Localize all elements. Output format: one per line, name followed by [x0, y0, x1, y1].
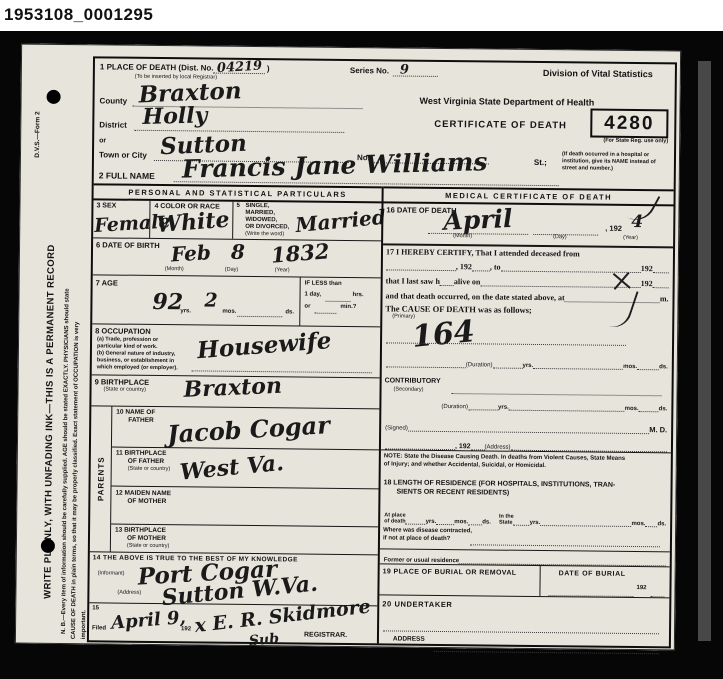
certificate-number-box: 4280 [590, 109, 668, 139]
sex-cell: 3 SEX Female [93, 200, 150, 238]
dotted-line [637, 360, 659, 370]
meridiem-label: m. [660, 294, 669, 303]
dotted-line [428, 224, 528, 235]
cause-duration-line: (Duration) yrs. mos. ds. [386, 357, 668, 370]
duration-mos: mos. [623, 364, 637, 370]
if-less-box: IF LESS than 1 day, hrs. or min.? [299, 277, 380, 326]
min-label: min.? [340, 304, 356, 310]
residence-line2: SIENTS OR RECENT RESIDENTS) [396, 489, 509, 497]
residence-block: 18 LENGTH OF RESIDENCE (FOR HOSPITALS, I… [380, 474, 670, 507]
birthplace-hint: (State or country) [104, 386, 147, 392]
department-title: West Virginia State Department of Health [420, 96, 595, 108]
father-bp-label-1: 11 BIRTHPLACE [116, 450, 167, 458]
personal-column: PERSONAL AND STATISTICAL PARTICULARS 3 S… [89, 183, 382, 643]
hospital-note: (If death occurred in a hospital or inst… [562, 151, 667, 173]
parents-strip: PARENTS [90, 406, 113, 551]
dotted-line [653, 278, 669, 288]
sub-note: Sub [248, 632, 279, 649]
dob-day-value: 8 [231, 242, 245, 262]
burial-row: 19 PLACE OF BURIAL OR REMOVAL DATE OF BU… [379, 564, 669, 598]
st-label: St.; [534, 158, 547, 167]
last-saw-192: 192 [641, 279, 653, 288]
series-no-label: Series No. [350, 66, 389, 75]
contracted-line1: Where was disease contracted, [383, 527, 472, 534]
if-less-line2: 1 day, [305, 292, 322, 298]
or-label: or [99, 137, 106, 144]
dotted-line [472, 261, 490, 271]
dob-day-caption: (Day) [225, 267, 239, 273]
dob-month-value: Feb [170, 242, 211, 264]
county-label: County [100, 96, 128, 105]
certificate-number: 4280 [604, 112, 655, 135]
undertaker-address-label: ADDRESS [393, 635, 425, 642]
date-of-birth-row: 6 DATE OF BIRTH Feb 8 1832 (Month) (Day)… [93, 238, 381, 278]
occupation-note-a2: particular kind of work. [97, 343, 158, 350]
parents-label: PARENTS [96, 457, 105, 502]
father-bp-hint: (State or country) [128, 466, 171, 472]
marital-cell: 5 SINGLE, MARRIED, WIDOWED, OR DIVORCED,… [233, 202, 381, 241]
dod-year-prefix: , 192 [605, 224, 622, 233]
dob-label: 6 DATE OF BIRTH [96, 240, 160, 250]
duration-yrs-2: yrs. [498, 405, 509, 411]
contributory-label: CONTRIBUTORY [385, 377, 441, 385]
town-or-city-label: Town or City [99, 150, 147, 160]
if-less-line1: IF LESS than [305, 281, 342, 287]
certify-192a: , 192 [456, 262, 472, 271]
occupation-note-b: (b) General nature of industry, [97, 350, 175, 357]
dotted-line [386, 260, 456, 271]
dotted-line [314, 304, 336, 314]
filed-row: 15 Filed April 9, 192 x E. R. Skidmore S… [89, 603, 377, 643]
father-name-row: 10 NAME OF FATHER Jacob Cogar [112, 407, 379, 451]
dotted-line [492, 359, 522, 369]
marital-hint: (Write the word) [245, 231, 284, 237]
punch-hole-bottom [41, 539, 55, 553]
mother-birthplace-row: 13 BIRTHPLACE OF MOTHER (State or countr… [111, 525, 378, 555]
occupation-row: 8 OCCUPATION (a) Trade, profession or pa… [92, 324, 381, 378]
nb-note-line1: N. B.—Every item of information should b… [61, 104, 73, 634]
duration-hint-2: (Duration) [441, 404, 468, 410]
image-id-label: 1953108_0001295 [4, 5, 153, 25]
dotted-line [639, 402, 659, 412]
certificate-of-death-label: CERTIFICATE OF DEATH [434, 119, 567, 131]
occupation-label: 8 OCCUPATION [95, 326, 151, 336]
note-line1: NOTE: State the Disease Causing Death. I… [384, 453, 625, 462]
residence-line1: 18 LENGTH OF RESIDENCE (FOR HOSPITALS, I… [384, 479, 616, 488]
hrs-label: hrs. [353, 292, 364, 298]
dotted-line [383, 621, 659, 634]
dotted-line [468, 400, 498, 410]
mother-bp-label-2: OF MOTHER [127, 535, 166, 542]
certify-to: , to [490, 262, 501, 271]
dotted-line [514, 516, 530, 526]
form-number-label: D.V.S.—Form 2 [34, 58, 42, 158]
note-block: NOTE: State the Disease Causing Death. I… [381, 449, 671, 477]
state-reg-note: (For State Reg. use only) [603, 138, 668, 145]
nb-note-line2: CAUSE OF DEATH in plain terms, so that i… [71, 139, 82, 639]
permanent-record-note: WRITE PLAINLY, WITH UNFADING INK—THIS IS… [42, 99, 58, 599]
father-birthplace-row: 11 BIRTHPLACE OF FATHER (State or countr… [112, 448, 379, 490]
marital-line4: OR DIVORCED, [245, 224, 289, 230]
death-occurred-label: and that death occurred, on the date sta… [385, 291, 564, 302]
contributory-duration-line: (Duration) yrs. mos. ds. [441, 400, 667, 412]
duration-mos-2: mos. [625, 406, 639, 412]
burial-place-label: 19 PLACE OF BURIAL OR REMOVAL [383, 568, 517, 576]
dotted-line [470, 535, 660, 547]
age-years-value: 92 [152, 291, 183, 313]
dotted-line [548, 586, 633, 597]
age-label: 7 AGE [96, 278, 118, 287]
burial-place-cell: 19 PLACE OF BURIAL OR REMOVAL [379, 564, 540, 596]
duration-ds: ds. [659, 364, 668, 370]
dotted-line [237, 307, 282, 317]
cause-area: 164 (Duration) yrs. mos. ds. [382, 315, 673, 378]
occupation-note-b3: which employed (or employer). [97, 364, 178, 371]
undertaker-label: 20 UNDERTAKER [382, 599, 452, 609]
scan-edge-artifact [698, 61, 711, 641]
age-row: 7 AGE 92 yrs. 2 mos. ds. IF LESS than 1 … [92, 275, 380, 327]
parents-rows: 10 NAME OF FATHER Jacob Cogar 11 BIRTHPL… [111, 407, 380, 555]
dotted-line [645, 517, 657, 527]
informant-row: 14 THE ABOVE IS TRUE TO THE BEST OF MY K… [89, 552, 378, 606]
dotted-line [213, 64, 265, 75]
sex-label: 3 SEX [96, 202, 116, 209]
dotted-line [468, 515, 482, 525]
mother-label-2: OF MOTHER [127, 498, 166, 505]
certificate-form: 1 PLACE OF DEATH (Dist. No. 04219 ) (To … [87, 56, 677, 648]
close-paren: ) [267, 64, 270, 73]
dod-year-caption: (Year) [623, 235, 638, 241]
age-yrs-label: yrs. [180, 308, 191, 314]
dotted-line [385, 439, 455, 450]
in-state-label: In the State [499, 513, 514, 525]
dotted-line [440, 276, 454, 286]
dob-year-value: 1832 [270, 240, 330, 265]
contracted-line2: if not at place of death? [383, 535, 450, 542]
dotted-line [436, 515, 454, 525]
contributory-row: CONTRIBUTORY (Secondary) (Duration) yrs.… [381, 375, 671, 414]
occupation-value: Housewife [196, 329, 332, 362]
marital-line3: WIDOWED, [245, 217, 277, 223]
sex-color-marital-row: 3 SEX Female 4 COLOR OR RACE White 5 SIN… [93, 200, 381, 241]
dotted-line [565, 292, 660, 303]
dotted-line [192, 361, 372, 373]
note-line2: of Injury; and whether Accidental, Suici… [384, 461, 546, 469]
dod-month-caption: (Month) [453, 233, 472, 239]
dob-year-caption: (Year) [275, 267, 290, 273]
marital-line2: MARRIED, [245, 210, 275, 216]
informant-hint: (Informant) [98, 570, 125, 576]
former-residence-label: Former or usual residence [384, 557, 459, 564]
certify-192b: 192 [641, 264, 653, 273]
marital-number: 5 [236, 203, 239, 209]
contracted-row: Where was disease contracted, if not at … [380, 524, 670, 552]
md-label: M. D. [649, 425, 667, 434]
dotted-line [393, 66, 438, 76]
marital-value: Married [295, 207, 387, 235]
age-months-value: 2 [204, 291, 217, 310]
certify-line1: 17 I HEREBY CERTIFY, That I attended dec… [386, 247, 580, 258]
last-saw-label: that I last saw h [386, 276, 440, 286]
age-mos-label: mos. [222, 309, 236, 315]
undertaker-block: 20 UNDERTAKER ADDRESS [379, 595, 669, 646]
date-of-death-row: 16 DATE OF DEATH April (Month) (Day) , 1… [383, 203, 673, 248]
mother-bp-label-1: 13 BIRTHPLACE [115, 527, 166, 535]
full-name-label: 2 FULL NAME [99, 170, 155, 181]
birthplace-row: 9 BIRTHPLACE (State or country) Braxton [91, 375, 379, 409]
dotted-line [434, 642, 659, 654]
parents-block: PARENTS 10 NAME OF FATHER Jacob Cogar 11… [90, 406, 380, 555]
certify-line2: , 192 , to 192 [386, 260, 669, 273]
place-of-death-label: 1 PLACE OF DEATH (Dist. No. [100, 62, 214, 72]
informant-address-hint: (Address) [117, 590, 141, 596]
secondary-hint: (Secondary) [394, 386, 424, 392]
alive-on-label: alive on [454, 277, 481, 286]
father-bp-label-2: OF FATHER [128, 458, 164, 465]
medical-column: MEDICAL CERTIFICATE OF DEATH 16 DATE OF … [377, 186, 674, 646]
district-label: District [99, 120, 127, 129]
father-name-value: Jacob Cogar [167, 413, 331, 447]
father-label-2: FATHER [128, 417, 154, 424]
dotted-line [406, 515, 426, 525]
filed-label: Filed [92, 625, 106, 631]
dotted-line [500, 262, 640, 273]
burial-date-cell: DATE OF BURIAL 192 [540, 566, 669, 597]
burial-date-label: DATE OF BURIAL [559, 570, 626, 578]
dotted-line [533, 359, 623, 370]
certify-block: 17 I HEREBY CERTIFY, That I attended dec… [382, 245, 673, 318]
duration-hint: (Duration) [466, 362, 493, 368]
filed-date-value: April 9, [111, 609, 187, 633]
mother-bp-hint: (State or country) [127, 543, 170, 549]
duration-yrs: yrs. [522, 363, 533, 369]
dotted-line [459, 554, 666, 566]
punch-hole-top [47, 90, 61, 104]
or-min-label: or [304, 304, 310, 310]
registrar-label: REGISTRAR. [304, 632, 347, 639]
screenshot: 1953108_0001295 D.V.S.—Form 2 WRITE PLAI… [0, 0, 723, 679]
dotted-line [650, 587, 664, 597]
mother-name-row: 12 MAIDEN NAME OF MOTHER [111, 487, 378, 528]
dotted-line [452, 384, 662, 396]
dod-day-caption: (Day) [553, 234, 567, 240]
form-header: 1 PLACE OF DEATH (Dist. No. 04219 ) (To … [94, 58, 675, 189]
certificate-paper: D.V.S.—Form 2 WRITE PLAINLY, WITH UNFADI… [15, 44, 681, 651]
color-cell: 4 COLOR OR RACE White [150, 201, 233, 239]
father-label-1: 10 NAME OF [116, 409, 155, 416]
at-place-label: At place of death [384, 512, 406, 524]
dotted-line [653, 263, 669, 273]
division-title: Division of Vital Statistics [543, 68, 653, 79]
occupation-note-a: (a) Trade, profession or [97, 336, 158, 343]
father-bp-value: West Va. [179, 452, 285, 484]
dotted-line [386, 357, 466, 368]
duration-ds-2: ds. [659, 406, 668, 412]
dotted-line [509, 401, 625, 412]
burial-year: 192 [636, 585, 646, 591]
dotted-line [325, 292, 350, 302]
filed-number: 15 [92, 605, 99, 611]
marital-line1: SINGLE, [245, 203, 269, 209]
dotted-line [471, 440, 485, 450]
age-ds-label: ds. [285, 309, 294, 315]
occupation-note-b2: business, or establishment in [97, 357, 174, 364]
scan-background: D.V.S.—Form 2 WRITE PLAINLY, WITH UNFADI… [0, 31, 723, 679]
color-value: White [156, 209, 231, 237]
birthplace-value: Braxton [183, 375, 282, 401]
filed-year-prefix: 192 [181, 626, 191, 632]
dob-month-caption: (Month) [165, 266, 184, 272]
mother-label-1: 12 MAIDEN NAME [115, 490, 171, 498]
